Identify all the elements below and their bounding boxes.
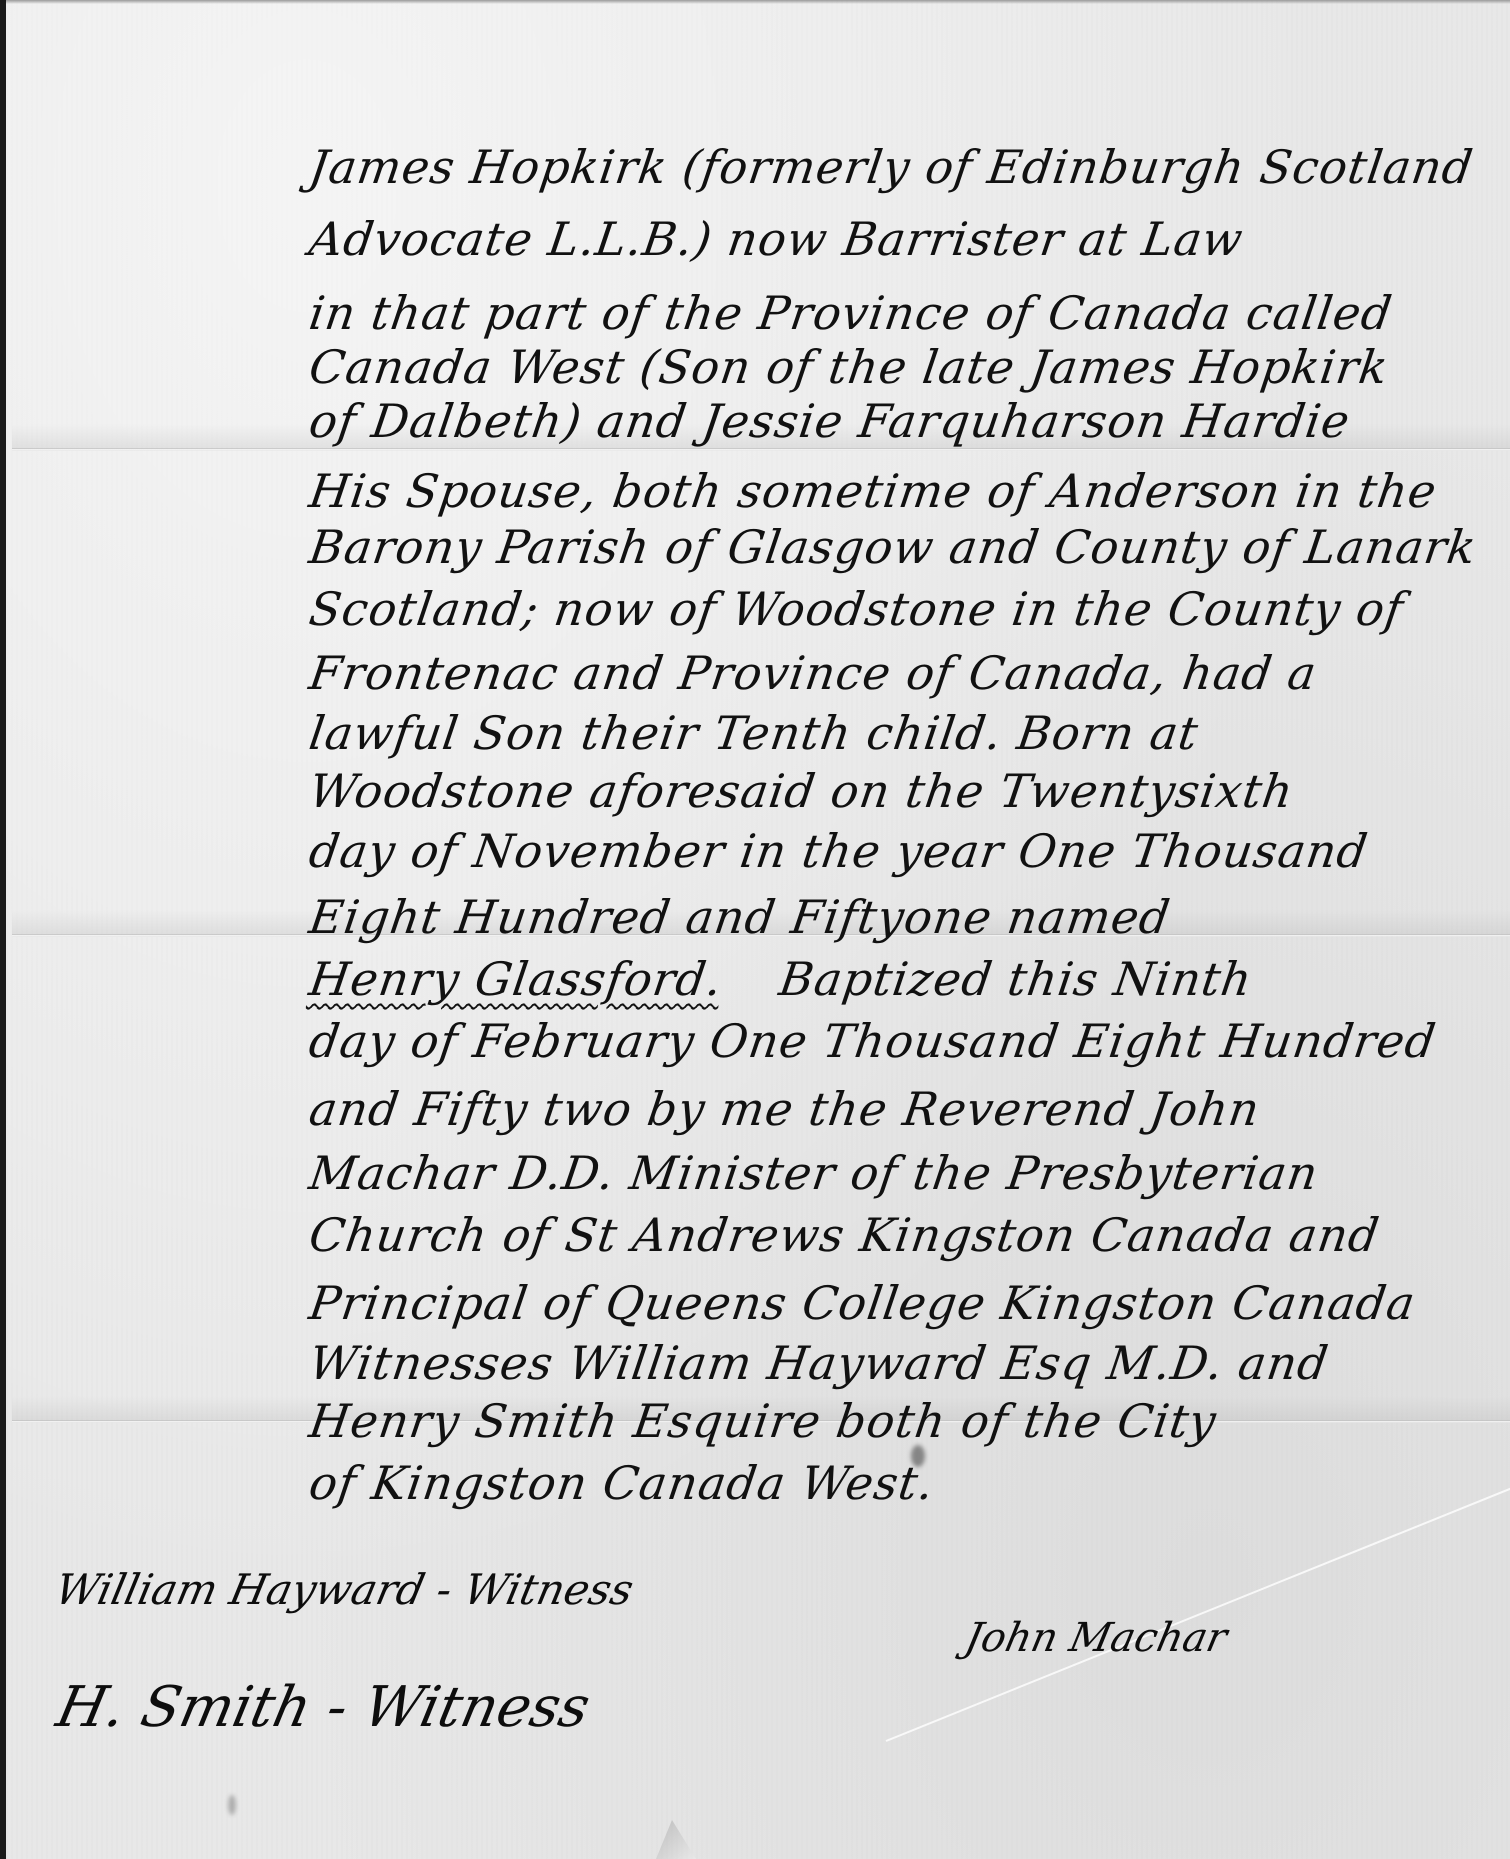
paper-crease [886, 1478, 1510, 1742]
child-name: Henry Glassford. [306, 952, 726, 1006]
body-line: day of November in the year One Thousand [306, 824, 1372, 878]
body-line: in that part of the Province of Canada c… [306, 286, 1396, 340]
body-line: Henry Smith Esquire both of the City [306, 1394, 1220, 1448]
document-page: James Hopkirk (formerly of Edinburgh Sco… [0, 0, 1510, 1859]
minister-signature-machar: John Machar [961, 1615, 1231, 1661]
body-line: day of February One Thousand Eight Hundr… [306, 1014, 1440, 1068]
witness-signature-smith: H. Smith - Witness [51, 1675, 595, 1740]
body-line: James Hopkirk (formerly of Edinburgh Sco… [306, 140, 1477, 194]
body-line: Woodstone aforesaid on the Twentysixth [306, 764, 1297, 818]
body-line: Advocate L.L.B.) now Barrister at Law [306, 212, 1247, 266]
body-line: Machar D.D. Minister of the Presbyterian [306, 1146, 1322, 1200]
body-line: of Dalbeth) and Jessie Farquharson Hardi… [306, 394, 1354, 448]
body-line: and Fifty two by me the Reverend John [306, 1082, 1263, 1136]
page-top-edge [6, 0, 1510, 4]
body-line: lawful Son their Tenth child. Born at [306, 706, 1202, 760]
body-line: Barony Parish of Glasgow and County of L… [306, 520, 1480, 574]
paper-tear [656, 1820, 696, 1859]
body-line: His Spouse, both sometime of Anderson in… [306, 464, 1440, 518]
witness-signature-hayward: William Hayward - Witness [51, 1565, 638, 1614]
body-line: Principal of Queens College Kingston Can… [306, 1276, 1419, 1330]
body-line: Baptized this Ninth [776, 952, 1256, 1006]
body-line: Church of St Andrews Kingston Canada and [306, 1208, 1383, 1262]
body-line: Scotland; now of Woodstone in the County… [306, 582, 1407, 636]
ink-blot [228, 1795, 236, 1815]
body-line: Frontenac and Province of Canada, had a [306, 646, 1320, 700]
body-line: of Kingston Canada West. [306, 1456, 938, 1510]
body-line: Eight Hundred and Fiftyone named [306, 890, 1174, 944]
body-line: Canada West (Son of the late James Hopki… [306, 340, 1392, 394]
body-line: Witnesses William Hayward Esq M.D. and [306, 1336, 1332, 1390]
fold-line [12, 448, 1510, 451]
